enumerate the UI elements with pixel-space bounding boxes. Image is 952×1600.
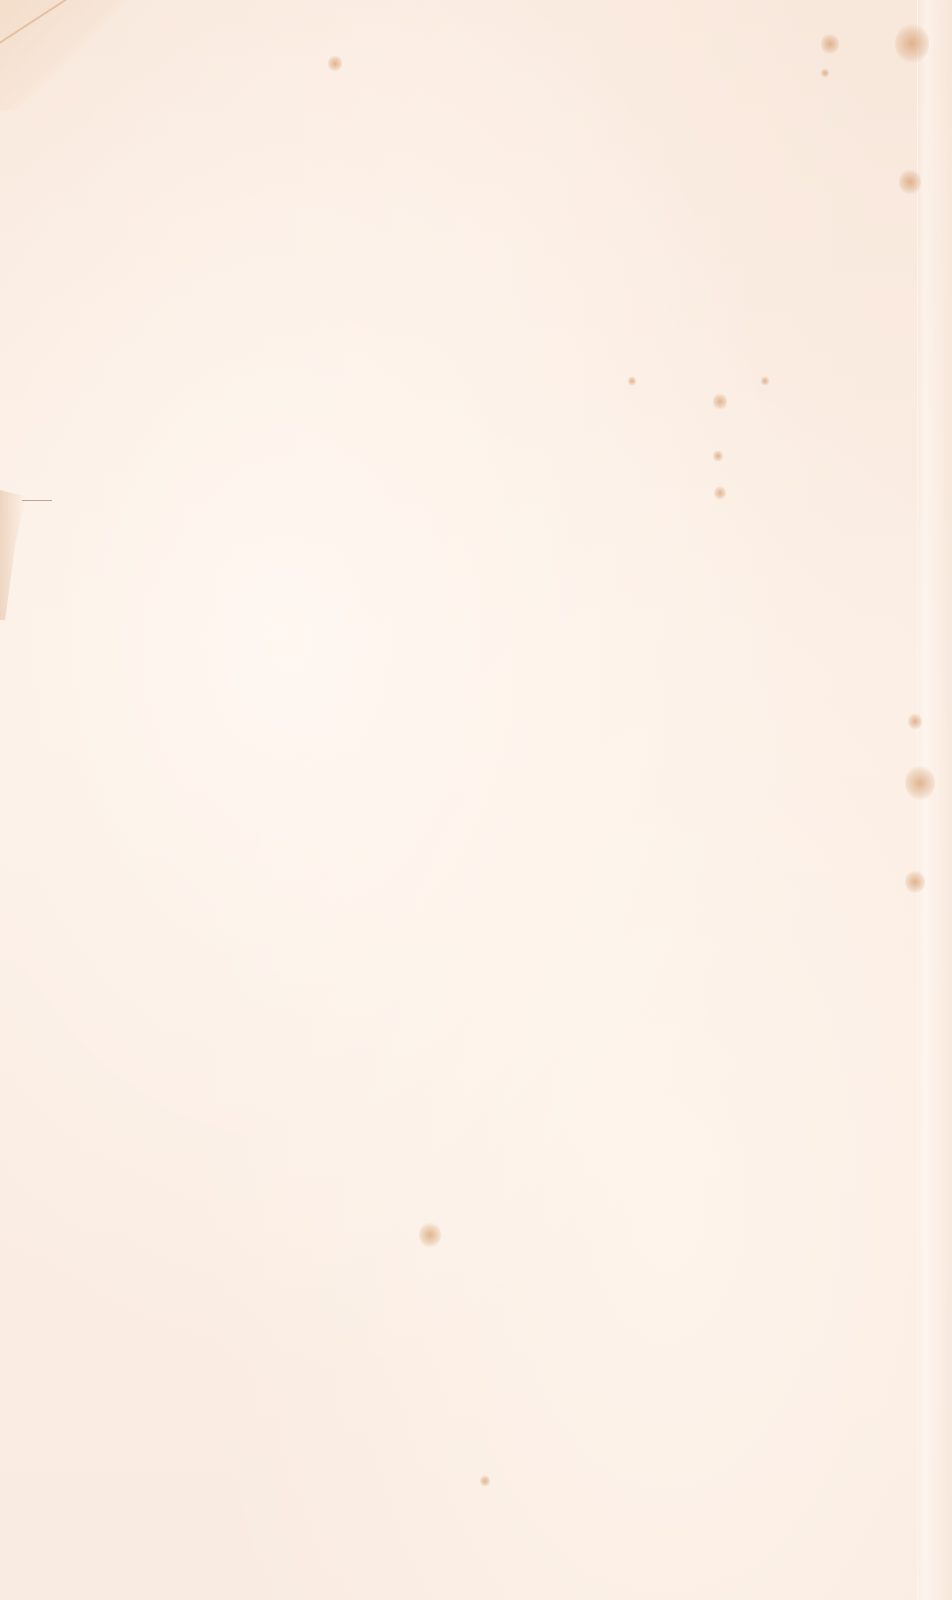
paper-page bbox=[0, 0, 952, 1600]
stain-spot bbox=[480, 1475, 490, 1487]
stain-spot bbox=[821, 33, 839, 55]
stain-spot bbox=[895, 23, 929, 64]
stain-spot bbox=[713, 393, 727, 410]
left-edge-tear bbox=[0, 490, 26, 620]
folded-corner bbox=[0, 0, 150, 110]
stain-spot bbox=[328, 55, 342, 72]
tear-crack bbox=[22, 500, 52, 501]
stain-spot bbox=[713, 450, 723, 462]
stain-spot bbox=[905, 765, 935, 801]
stain-spot bbox=[714, 486, 726, 500]
stain-spot bbox=[419, 1222, 441, 1248]
stain-spot bbox=[628, 376, 636, 386]
stain-spot bbox=[821, 68, 829, 78]
stain-spot bbox=[908, 713, 922, 730]
stain-spot bbox=[905, 870, 925, 894]
stain-spot bbox=[761, 376, 769, 386]
